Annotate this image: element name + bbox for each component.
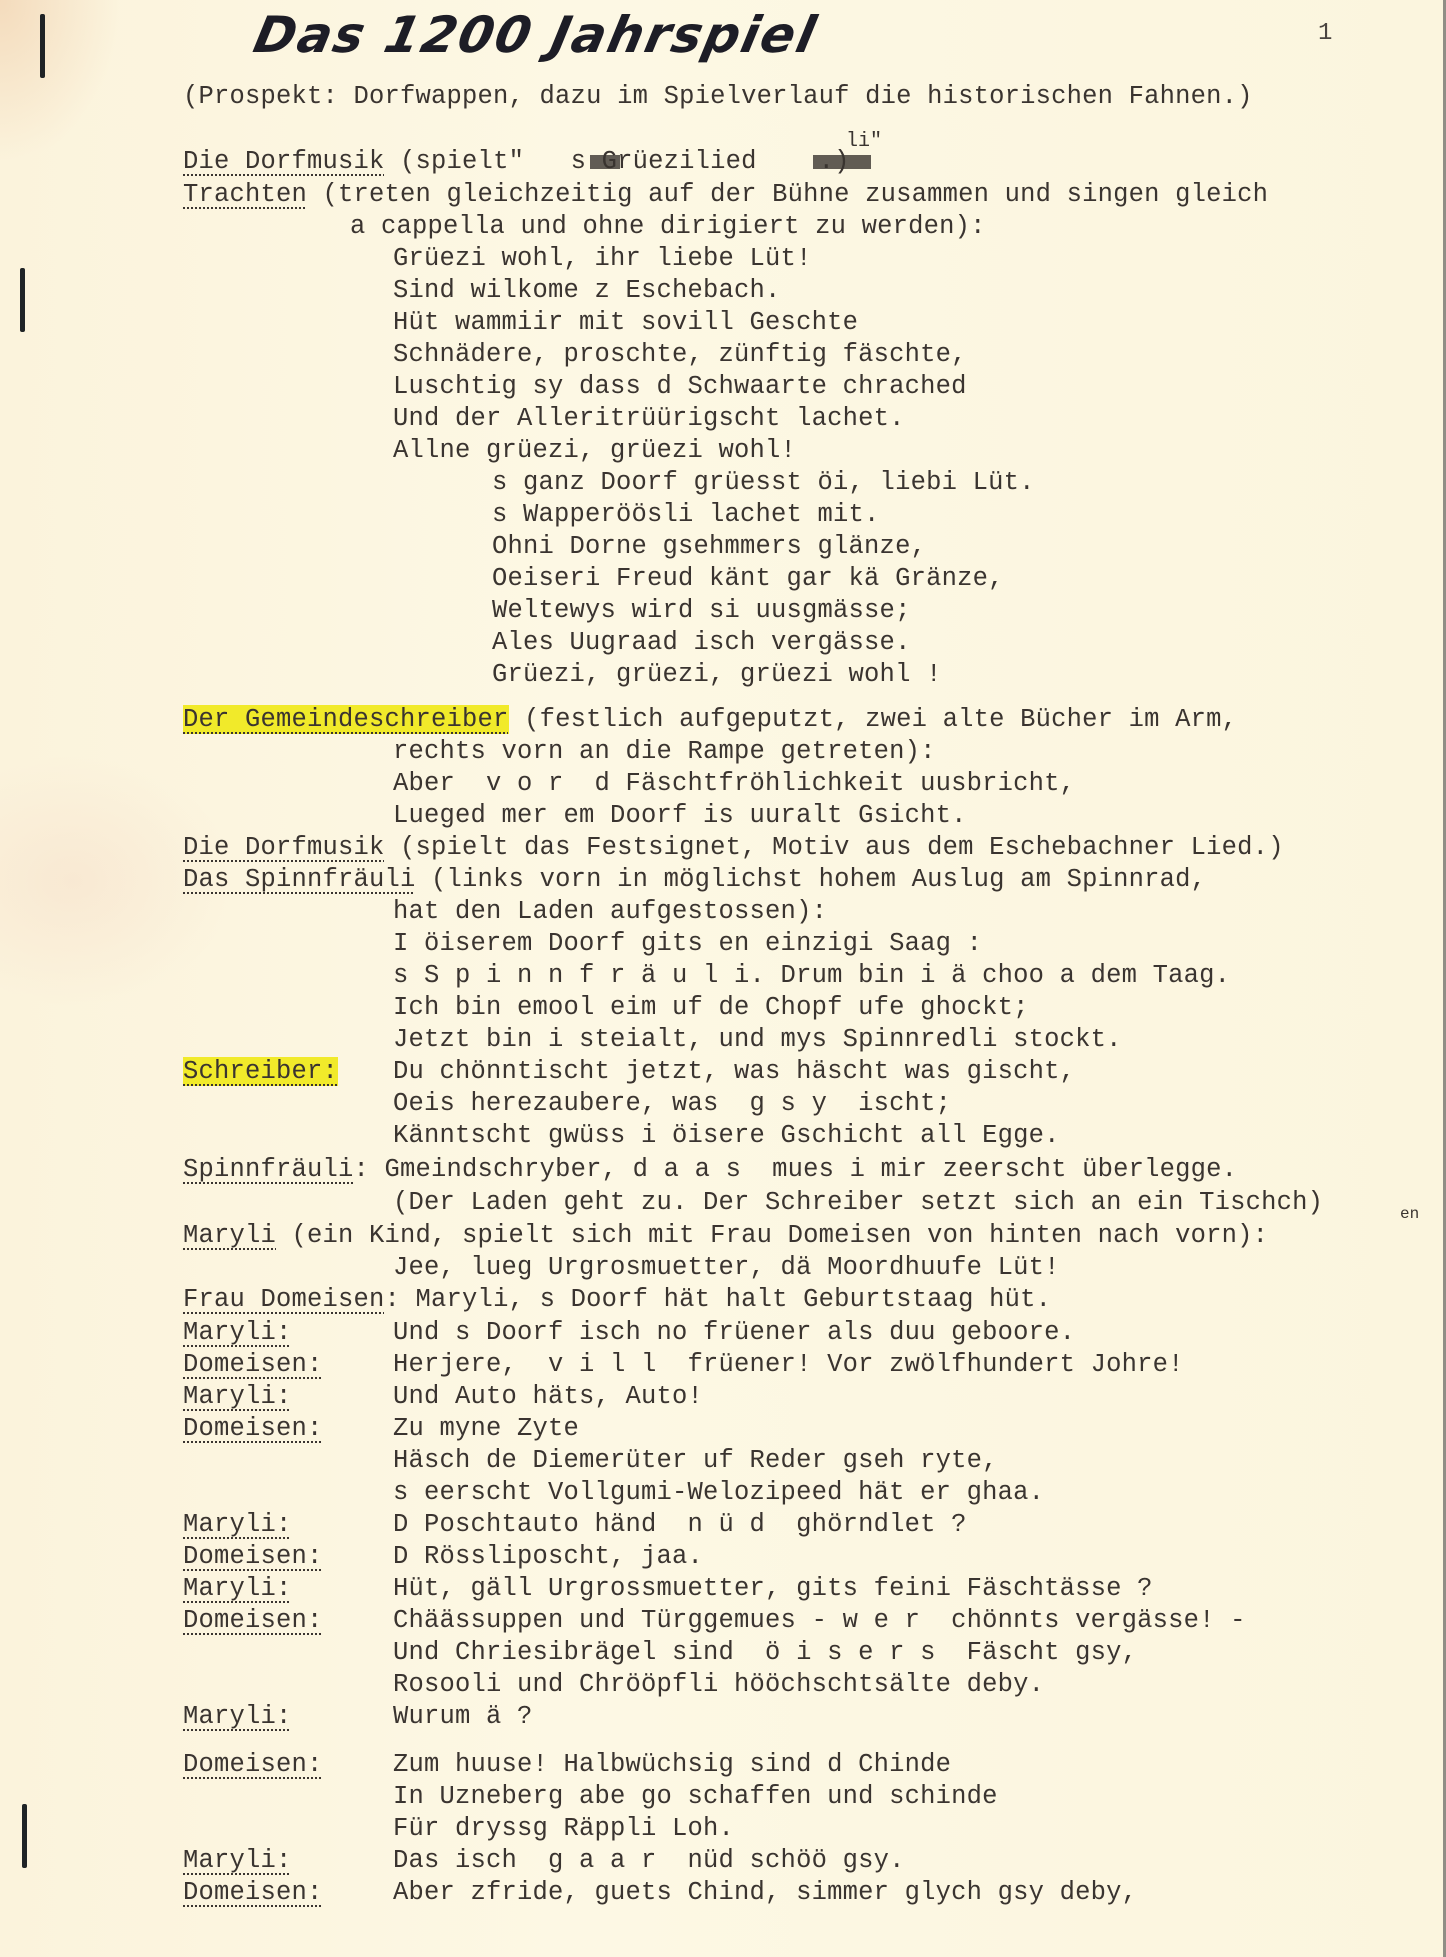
text-line: Schnädere, proschte, zünftig fäschte, [393,340,967,370]
line-text: D Poschtauto händ n ü d ghörndlet ? [393,1510,967,1540]
speaker-name: Maryli: [183,1318,292,1347]
dialogue-line: Das Spinnfräuli (links vorn in möglichst… [183,865,1206,895]
line-text: Grüezi, grüezi, grüezi wohl ! [492,660,942,689]
text-line: rechts vorn an die Rampe getreten): [393,737,936,767]
text-line: Luschtig sy dass d Schwaarte chrached [393,372,967,402]
speaker-name: Spinnfräuli [183,1155,354,1184]
page-number: 1 [1318,20,1332,47]
speaker-name: Domeisen: [183,1750,323,1779]
line-text: Zu myne Zyte [393,1414,579,1444]
dialogue-line: Der Gemeindeschreiber (festlich aufgeput… [183,705,1237,735]
line-text: (festlich aufgeputzt, zwei alte Bücher i… [509,705,1238,734]
dialogue-line: Maryli:Hüt, gäll Urgrossmuetter, gits fe… [183,1574,292,1604]
dialogue-line: Schreiber:Du chönntischt jetzt, was häsc… [183,1057,338,1087]
line-text: Aber v o r d Fäschtfröhlichkeit uusbrich… [393,769,1075,798]
text-line: Grüezi, grüezi, grüezi wohl ! [492,660,942,690]
text-line: Jee, lueg Urgrosmuetter, dä Moordhuufe L… [393,1253,1060,1283]
staple-icon [20,268,25,332]
speaker-name: Die Dorfmusik [183,833,385,862]
line-text: Ohni Dorne gsehmmers glänze, [492,532,926,561]
text-line: a cappella und ohne dirigiert zu werden)… [350,212,986,242]
line-text: Oeiseri Freud känt gar kä Gränze, [492,564,1004,593]
line-text: Oeis herezaubere, was g s y ischt; [393,1089,951,1118]
line-text: (ein Kind, spielt sich mit Frau Domeisen… [276,1221,1268,1250]
line-text: : Gmeindschryber, d a a s mues i mir zee… [354,1155,1238,1184]
text-line: s ganz Doorf grüesst öi, liebi Lüt. [492,468,1035,498]
line-text: Jee, lueg Urgrosmuetter, dä Moordhuufe L… [393,1253,1060,1282]
dialogue-line: Maryli:Und s Doorf isch no früener als d… [183,1318,292,1348]
line-text: Chäässuppen und Türggemues - w e r chönn… [393,1606,1246,1636]
line-text: D Rössliposcht, jaa. [393,1542,703,1572]
line-text: Ales Uugraad isch vergässe. [492,628,911,657]
typewritten-page: Das 1200 Jahrspiel 1 (Prospekt: Dorfwapp… [0,0,1446,1957]
line-text: s S p i n n f r ä u l i. Drum bin i ä ch… [393,961,1230,990]
text-line: Rosooli und Chrööpfli hööchschtsälte deb… [393,1670,1044,1700]
text-line: Oeiseri Freud känt gar kä Gränze, [492,564,1004,594]
text-line: Sind wilkome z Eschebach. [393,276,781,306]
line-text: (treten gleichzeitig auf der Bühne zusam… [307,180,1268,209]
speaker-name: Maryli: [183,1846,292,1875]
line-text: Grüezi wohl, ihr liebe Lüt! [393,244,812,273]
line-text: (Der Laden geht zu. Der Schreiber setzt … [393,1188,1323,1217]
line-text: : Maryli, s Doorf hät halt Geburtstaag h… [385,1285,1052,1314]
line-text: Weltewys wird si uusgmässe; [492,596,911,625]
speaker-name: Domeisen: [183,1350,323,1379]
speaker-name: Trachten [183,180,307,209]
line-text: Schnädere, proschte, zünftig fäschte, [393,340,967,369]
line-text: Allne grüezi, grüezi wohl! [393,436,796,465]
line-text: Hüt wammiir mit sovill Geschte [393,308,858,337]
line-text: Luschtig sy dass d Schwaarte chrached [393,372,967,401]
handwritten-correction: li" [846,130,882,153]
handwritten-correction: en [1400,1205,1419,1223]
line-text: Känntscht gwüss i öisere Gschicht all Eg… [393,1121,1060,1150]
line-text: I öiserem Doorf gits en einzigi Saag : [393,929,982,958]
text-line: Ales Uugraad isch vergässe. [492,628,911,658]
text-line: Jetzt bin i steialt, und mys Spinnredli … [393,1025,1122,1055]
speaker-name: Maryli: [183,1382,292,1411]
line-text: Aber zfride, guets Chind, simmer glych g… [393,1878,1137,1908]
text-line: Oeis herezaubere, was g s y ischt; [393,1089,951,1119]
line-text: s eerscht Vollgumi-Welozipeed hät er gha… [393,1478,1044,1507]
dialogue-line: Domeisen:D Rössliposcht, jaa. [183,1542,323,1572]
staple-icon [22,1804,27,1868]
line-text: Jetzt bin i steialt, und mys Spinnredli … [393,1025,1122,1054]
text-line: s Wapperöösli lachet mit. [492,500,880,530]
line-text: Das isch g a a r nüd schöö gsy. [393,1846,905,1876]
speaker-name: Maryli: [183,1510,292,1539]
line-text: Und der Alleritrüürigscht lachet. [393,404,905,433]
dialogue-line: Domeisen:Zum huuse! Halbwüchsig sind d C… [183,1750,323,1780]
dialogue-line: Maryli:D Poschtauto händ n ü d ghörndlet… [183,1510,292,1540]
line-text: rechts vorn an die Rampe getreten): [393,737,936,766]
text-line: Und der Alleritrüürigscht lachet. [393,404,905,434]
text-line: Ohni Dorne gsehmmers glänze, [492,532,926,562]
text-line: s eerscht Vollgumi-Welozipeed hät er gha… [393,1478,1044,1508]
text-line: Lueged mer em Doorf is uuralt Gsicht. [393,801,967,831]
dialogue-line: Maryli:Wurum ä ? [183,1702,292,1732]
line-text: Hüt, gäll Urgrossmuetter, gits feini Fäs… [393,1574,1153,1604]
dialogue-line: Spinnfräuli: Gmeindschryber, d a a s mue… [183,1155,1237,1185]
line-text: Herjere, v i l l früener! Vor zwölfhunde… [393,1350,1184,1380]
speaker-name: Domeisen: [183,1542,323,1571]
line-text: s ganz Doorf grüesst öi, liebi Lüt. [492,468,1035,497]
line-text: hat den Laden aufgestossen): [393,897,827,926]
speaker-name: Frau Domeisen [183,1285,385,1314]
strikeout-mark [590,155,620,169]
stage-note: (Prospekt: Dorfwappen, dazu im Spielverl… [183,82,1253,112]
dialogue-line: Maryli:Das isch g a a r nüd schöö gsy. [183,1846,292,1876]
line-text: Und Auto häts, Auto! [393,1382,703,1412]
text-line: Allne grüezi, grüezi wohl! [393,436,796,466]
staple-icon [40,14,45,78]
speaker-name: Der Gemeindeschreiber [183,705,509,734]
text-line: In Uzneberg abe go schaffen und schinde [393,1782,998,1812]
line-text: Und s Doorf isch no früener als duu gebo… [393,1318,1075,1348]
dialogue-line: Die Dorfmusik (spielt" s Grüezilied .) [183,147,850,177]
dialogue-line: Frau Domeisen: Maryli, s Doorf hät halt … [183,1285,1051,1315]
line-text: Lueged mer em Doorf is uuralt Gsicht. [393,801,967,830]
text-line: Hüt wammiir mit sovill Geschte [393,308,858,338]
speaker-name: Das Spinnfräuli [183,865,416,894]
line-text: Für dryssg Räppli Loh. [393,1814,734,1843]
line-text: Zum huuse! Halbwüchsig sind d Chinde [393,1750,951,1780]
dialogue-line: Domeisen:Zu myne Zyte [183,1414,323,1444]
text-line: I öiserem Doorf gits en einzigi Saag : [393,929,982,959]
text-line: Grüezi wohl, ihr liebe Lüt! [393,244,812,274]
speaker-name: Schreiber: [183,1057,338,1086]
text-line: Känntscht gwüss i öisere Gschicht all Eg… [393,1121,1060,1151]
speaker-name: Domeisen: [183,1414,323,1443]
line-text: Und Chriesibrägel sind ö i s e r s Fäsch… [393,1638,1137,1667]
line-text: In Uzneberg abe go schaffen und schinde [393,1782,998,1811]
line-text: (links vorn in möglichst hohem Auslug am… [416,865,1207,894]
speaker-name: Maryli: [183,1702,292,1731]
line-text: s Wapperöösli lachet mit. [492,500,880,529]
dialogue-line: Maryli (ein Kind, spielt sich mit Frau D… [183,1221,1268,1251]
dialogue-line: Domeisen:Herjere, v i l l früener! Vor z… [183,1350,323,1380]
text-line: Weltewys wird si uusgmässe; [492,596,911,626]
dialogue-line: Domeisen:Aber zfride, guets Chind, simme… [183,1878,323,1908]
text-line: Häsch de Diemerüter uf Reder gseh ryte, [393,1446,998,1476]
text-line: (Der Laden geht zu. Der Schreiber setzt … [393,1188,1323,1218]
speaker-name: Maryli [183,1221,276,1250]
line-text: Du chönntischt jetzt, was häscht was gis… [393,1057,1075,1087]
text-line: Aber v o r d Fäschtfröhlichkeit uusbrich… [393,769,1075,799]
speaker-name: Die Dorfmusik [183,147,385,176]
text-line: Für dryssg Räppli Loh. [393,1814,734,1844]
speaker-name: Maryli: [183,1574,292,1603]
line-text: Wurum ä ? [393,1702,533,1732]
text-line: s S p i n n f r ä u l i. Drum bin i ä ch… [393,961,1230,991]
handwritten-title: Das 1200 Jahrspiel [249,6,823,64]
line-text: Rosooli und Chrööpfli hööchschtsälte deb… [393,1670,1044,1699]
speaker-name: Domeisen: [183,1878,323,1907]
speaker-name: Domeisen: [183,1606,323,1635]
line-text: a cappella und ohne dirigiert zu werden)… [350,212,986,241]
text-line: Ich bin emool eim uf de Chopf ufe ghockt… [393,993,1029,1023]
line-text: Häsch de Diemerüter uf Reder gseh ryte, [393,1446,998,1475]
line-text: Sind wilkome z Eschebach. [393,276,781,305]
text-line: hat den Laden aufgestossen): [393,897,827,927]
line-text: (spielt das Festsignet, Motiv aus dem Es… [385,833,1284,862]
dialogue-line: Trachten (treten gleichzeitig auf der Bü… [183,180,1268,210]
dialogue-line: Maryli:Und Auto häts, Auto! [183,1382,292,1412]
text-line: Und Chriesibrägel sind ö i s e r s Fäsch… [393,1638,1137,1668]
line-text: Ich bin emool eim uf de Chopf ufe ghockt… [393,993,1029,1022]
dialogue-line: Domeisen:Chäässuppen und Türggemues - w … [183,1606,323,1636]
dialogue-line: Die Dorfmusik (spielt das Festsignet, Mo… [183,833,1284,863]
strikeout-mark [813,155,871,169]
